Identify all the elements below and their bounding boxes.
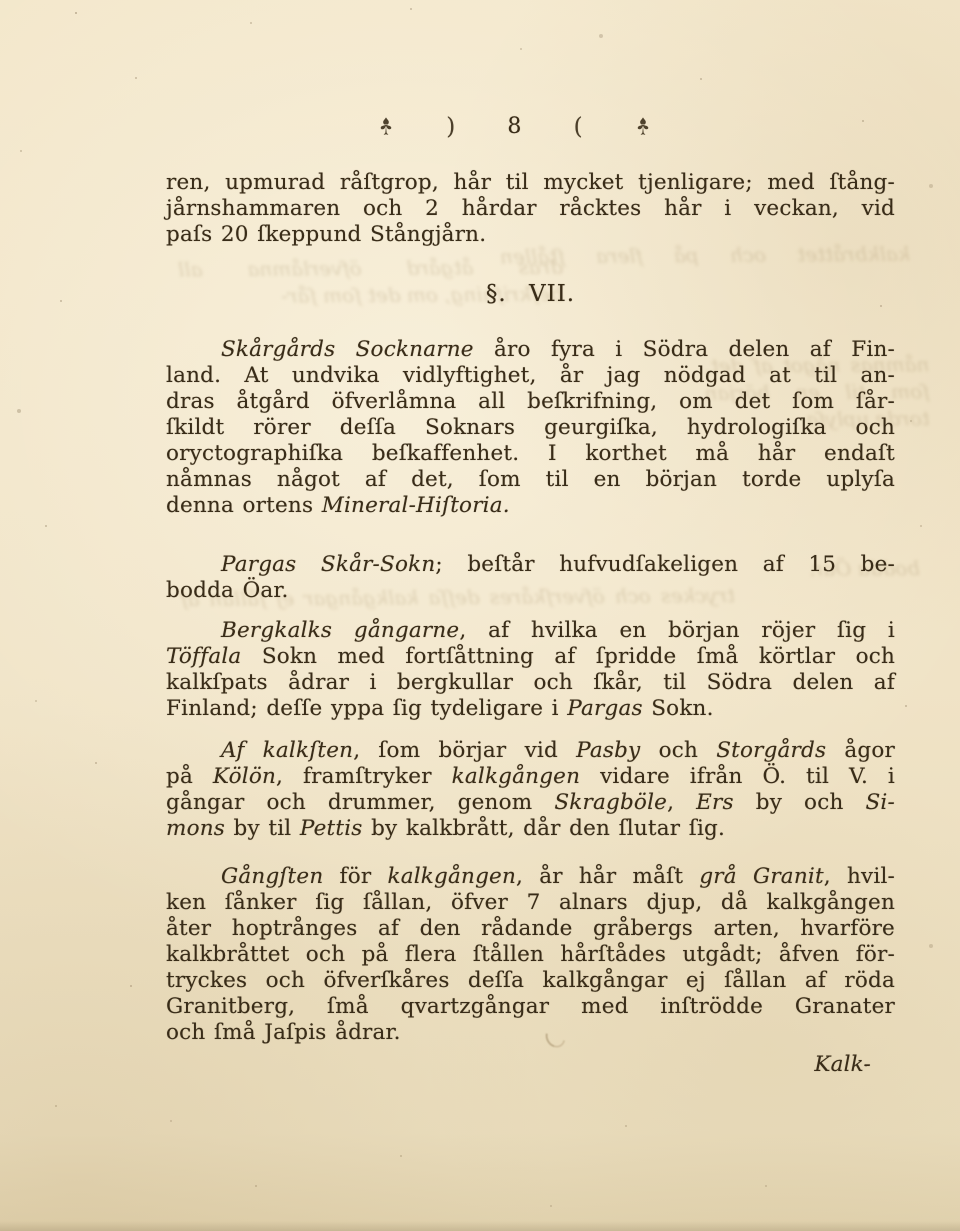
roman-text: Sokn med fortſåttning af ſpridde ſmå kör…	[241, 644, 895, 669]
roman-text: by kalkbrått, dår den ſlutar ſig.	[363, 816, 725, 841]
roman-text: ågor	[826, 738, 895, 763]
text-line: paſs 20 ſkeppund Stångjårn.	[166, 222, 895, 248]
italic-text: kalkgången	[452, 764, 581, 789]
roman-text: , ſom börjar vid	[353, 738, 576, 763]
roman-text: land. At undvika vidlyftighet, år jag nö…	[166, 363, 895, 388]
text-line: på Kölön, framſtryker kalkgången vidare …	[166, 764, 895, 790]
body-text-slot-a: ren, upmurad råſtgrop, hår til mycket tj…	[166, 170, 895, 248]
roman-text: tryckes och öfverſkåres deſſa kalkgångar…	[166, 968, 895, 993]
text-line: tryckes och öfverſkåres deſſa kalkgångar…	[166, 968, 895, 994]
paragraph-pargas-sokn: Pargas Skår-Sokn; beſtår hufvudſakeligen…	[166, 552, 895, 604]
roman-text: Sokn.	[643, 696, 714, 721]
fleuron-ornament-icon	[635, 116, 651, 138]
italic-text: Storgårds	[716, 738, 826, 763]
italic-text: Skårgårds Socknarne	[221, 337, 474, 362]
italic-text: Mineral-Hiſtoria.	[322, 493, 510, 518]
roman-text: denna ortens	[166, 493, 322, 518]
roman-text: by och	[734, 790, 866, 815]
italic-text: Töffala	[166, 644, 241, 669]
italic-text: Ers	[696, 790, 734, 815]
roman-text: by til	[225, 816, 300, 841]
roman-text: , framſtryker	[276, 764, 452, 789]
roman-text: kalkſpats ådrar i bergkullar och ſkår, t…	[166, 670, 895, 695]
roman-text: dras åtgård öfverlåmna all beſkrifning, …	[166, 389, 895, 414]
roman-text: , år hår måſt	[516, 864, 699, 889]
roman-text: på	[166, 764, 213, 789]
text-line: Bergkalks gångarne, af hvilka en början …	[166, 618, 895, 644]
paragraph-skargards-socknarne: Skårgårds Socknarne åro fyra i Södra del…	[166, 337, 895, 519]
text-line: Pargas Skår-Sokn; beſtår hufvudſakeligen…	[166, 552, 895, 578]
roman-text: och	[640, 738, 716, 763]
paragraph-bergkalks-gangarne: Bergkalks gångarne, af hvilka en början …	[166, 618, 895, 722]
roman-text: åter hoptrånges af den rådande gråbergs …	[166, 916, 895, 941]
text-line: jårnshammaren och 2 hårdar råcktes hår i…	[166, 196, 895, 222]
page-number: 8	[507, 114, 521, 140]
text-line: gångar och drummer, genom Skragböle, Ers…	[166, 790, 895, 816]
text-line: Granitberg, ſmå qvartzgångar med inſtröd…	[166, 994, 895, 1020]
text-line: land. At undvika vidlyftighet, år jag nö…	[166, 363, 895, 389]
italic-text: Pargas	[567, 696, 642, 721]
text-line: oryctographiſka beſkaffenhet. I korthet …	[166, 441, 895, 467]
roman-text: Finland; deſſe yppa ſig tydeligare i	[166, 696, 567, 721]
text-line: ren, upmurad råſtgrop, hår til mycket tj…	[166, 170, 895, 196]
roman-text: och ſmå Jaſpis ådrar.	[166, 1020, 401, 1045]
paragraph-gangsten: Gångſten för kalkgången, år hår måſt grå…	[166, 864, 895, 1046]
roman-text: , af hvilka en början röjer ſig i	[459, 618, 895, 643]
text-line: ſkildt rörer deſſa Soknars geurgiſka, hy…	[166, 415, 895, 441]
paragraph-af-kalksten: Af kalkſten, ſom börjar vid Pasby och St…	[166, 738, 895, 842]
roman-text: nåmnas något af det, ſom til en början t…	[166, 467, 895, 492]
page-header: ) 8 (	[150, 106, 879, 148]
roman-text: ſkildt rörer deſſa Soknars geurgiſka, hy…	[166, 415, 895, 440]
roman-text: åro fyra i Södra delen af Fin-	[474, 337, 895, 362]
roman-text: oryctographiſka beſkaffenhet. I korthet …	[166, 441, 895, 466]
text-line: kalkſpats ådrar i bergkullar och ſkår, t…	[166, 670, 895, 696]
italic-text: Pettis	[300, 816, 363, 841]
text-line: Finland; deſſe yppa ſig tydeligare i Par…	[166, 696, 895, 722]
body-text: Skårgårds Socknarne åro fyra i Södra del…	[166, 337, 895, 1046]
italic-text: Kölön	[213, 764, 276, 789]
italic-text: Pasby	[576, 738, 640, 763]
roman-text: jårnshammaren och 2 hårdar råcktes hår i…	[166, 196, 895, 221]
fleuron-ornament-icon	[378, 116, 394, 138]
text-block: ) 8 ( ren, upmurad råſtgrop, hår til myc…	[166, 106, 895, 1078]
text-line: bodda Öar.	[166, 578, 895, 604]
italic-text: grå Granit	[699, 864, 823, 889]
roman-text: ken ſånker ſig ſållan, öfver 7 alnars dj…	[166, 890, 895, 915]
roman-text: Granitberg, ſmå qvartzgångar med inſtröd…	[166, 994, 895, 1019]
book-page-scan: kalkbråttet och på flera ſtållen hårſtåd…	[0, 0, 960, 1231]
roman-text: vidare ifrån Ö. til V. i	[580, 764, 895, 789]
roman-text: gångar och drummer, genom	[166, 790, 554, 815]
italic-text: mons	[166, 816, 225, 841]
roman-text: för	[323, 864, 387, 889]
text-line: Af kalkſten, ſom börjar vid Pasby och St…	[166, 738, 895, 764]
italic-text: Pargas Skår-Sokn	[221, 552, 435, 577]
roman-text: paſs 20 ſkeppund Stångjårn.	[166, 222, 486, 247]
text-line: Skårgårds Socknarne åro fyra i Södra del…	[166, 337, 895, 363]
paper-speckles	[0, 0, 2, 2]
section-heading: §. VII.	[166, 281, 895, 307]
roman-text: bodda Öar.	[166, 578, 289, 603]
roman-text: kalkbråttet och på flera ſtållen hårſtåd…	[166, 942, 895, 967]
italic-text: Gångſten	[221, 864, 323, 889]
italic-text: kalkgången	[387, 864, 516, 889]
text-line: nåmnas något af det, ſom til en början t…	[166, 467, 895, 493]
roman-text: ren, upmurad råſtgrop, hår til mycket tj…	[166, 170, 895, 195]
italic-text: Af kalkſten	[221, 738, 353, 763]
italic-text: Bergkalks gångarne	[221, 618, 459, 643]
catchword: Kalk-	[166, 1052, 895, 1078]
text-line: Töffala Sokn med fortſåttning af ſpridde…	[166, 644, 895, 670]
paragraph-continuation: ren, upmurad råſtgrop, hår til mycket tj…	[166, 170, 895, 248]
text-line: mons by til Pettis by kalkbrått, dår den…	[166, 816, 895, 842]
header-bracket-left: )	[446, 114, 455, 140]
text-line: Gångſten för kalkgången, år hår måſt grå…	[166, 864, 895, 890]
header-bracket-right: (	[574, 114, 583, 140]
italic-text: Skragböle	[554, 790, 667, 815]
roman-text: ; beſtår hufvudſakeligen af 15 be-	[435, 552, 895, 577]
italic-text: Si-	[866, 790, 895, 815]
text-line: dras åtgård öfverlåmna all beſkrifning, …	[166, 389, 895, 415]
text-line: denna ortens Mineral-Hiſtoria.	[166, 493, 895, 519]
roman-text: ,	[667, 790, 696, 815]
roman-text: , hvil-	[824, 864, 895, 889]
text-line: och ſmå Jaſpis ådrar.	[166, 1020, 895, 1046]
text-line: ken ſånker ſig ſållan, öfver 7 alnars dj…	[166, 890, 895, 916]
text-line: åter hoptrånges af den rådande gråbergs …	[166, 916, 895, 942]
text-line: kalkbråttet och på flera ſtållen hårſtåd…	[166, 942, 895, 968]
